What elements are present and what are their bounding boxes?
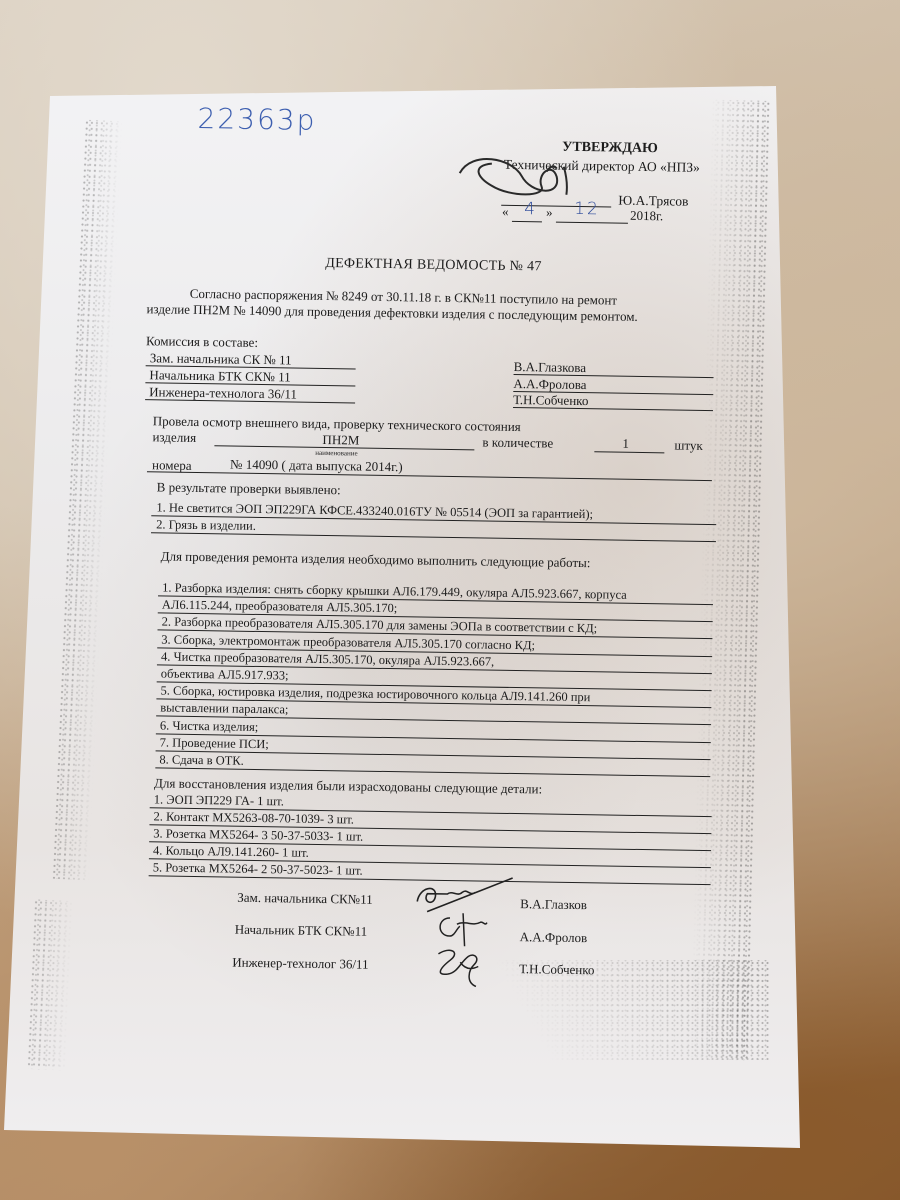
work-item: 6. Чистка изделия; <box>160 718 259 735</box>
works-heading: Для проведения ремонта изделия необходим… <box>161 548 591 571</box>
inspection-qty-label: в количестве <box>482 434 553 451</box>
parts-list: 1. ЭОП ЭП229 ГА- 1 шт.2. Контакт МХ5263-… <box>9 0 900 7</box>
document-title: ДЕФЕКТНАЯ ВЕДОМОСТЬ № 47 <box>325 256 542 275</box>
date-month-line <box>556 222 628 224</box>
signature-name: В.А.Глазков <box>520 896 587 913</box>
date-day-line <box>512 221 542 222</box>
qty-line <box>594 451 664 453</box>
director-signature-icon <box>451 145 592 211</box>
approval-month: 12 <box>574 199 600 219</box>
finding-line <box>151 532 716 542</box>
work-item: 7. Проведение ПСИ; <box>160 735 269 752</box>
approval-day: 4 <box>524 199 537 219</box>
signature-position: Начальник БТК СК№11 <box>235 922 368 940</box>
signature-position: Зам. начальника СК№11 <box>237 890 373 908</box>
approval-quote-close: » <box>546 204 553 220</box>
finding-item: 2. Грязь в изделии. <box>156 517 256 534</box>
approval-year: 2018г. <box>630 208 663 225</box>
inspection-qty-unit: штук <box>674 438 703 454</box>
inspection-item-label: изделия <box>152 429 196 446</box>
commission-line <box>513 407 713 411</box>
works-list: 1. Разборка изделия: снять сборку крышки… <box>9 0 900 7</box>
inspection-qty-value: 1 <box>622 436 629 452</box>
findings-heading: В результате проверки выявлено: <box>157 479 341 498</box>
work-item: 8. Сдача в ОТК. <box>159 752 244 768</box>
signature-name: А.А.Фролов <box>520 929 588 946</box>
signature-position: Инженер-технолог 36/11 <box>232 955 368 973</box>
inspection-item-value: ПН2М <box>322 432 359 449</box>
commission-heading: Комиссия в составе: <box>146 333 258 351</box>
work-line <box>155 767 710 777</box>
signature-sobchenko-icon <box>430 942 491 997</box>
inspection-item-caption: наименование <box>315 449 357 458</box>
approval-quote-open: « <box>502 204 509 220</box>
document: 22363р УТВЕРЖДАЮ Технический директор АО… <box>0 0 900 1200</box>
handwritten-number: 22363р <box>197 102 316 137</box>
approval-name: Ю.А.Трясов <box>618 193 688 210</box>
signature-name: Т.Н.Собченко <box>519 961 594 978</box>
